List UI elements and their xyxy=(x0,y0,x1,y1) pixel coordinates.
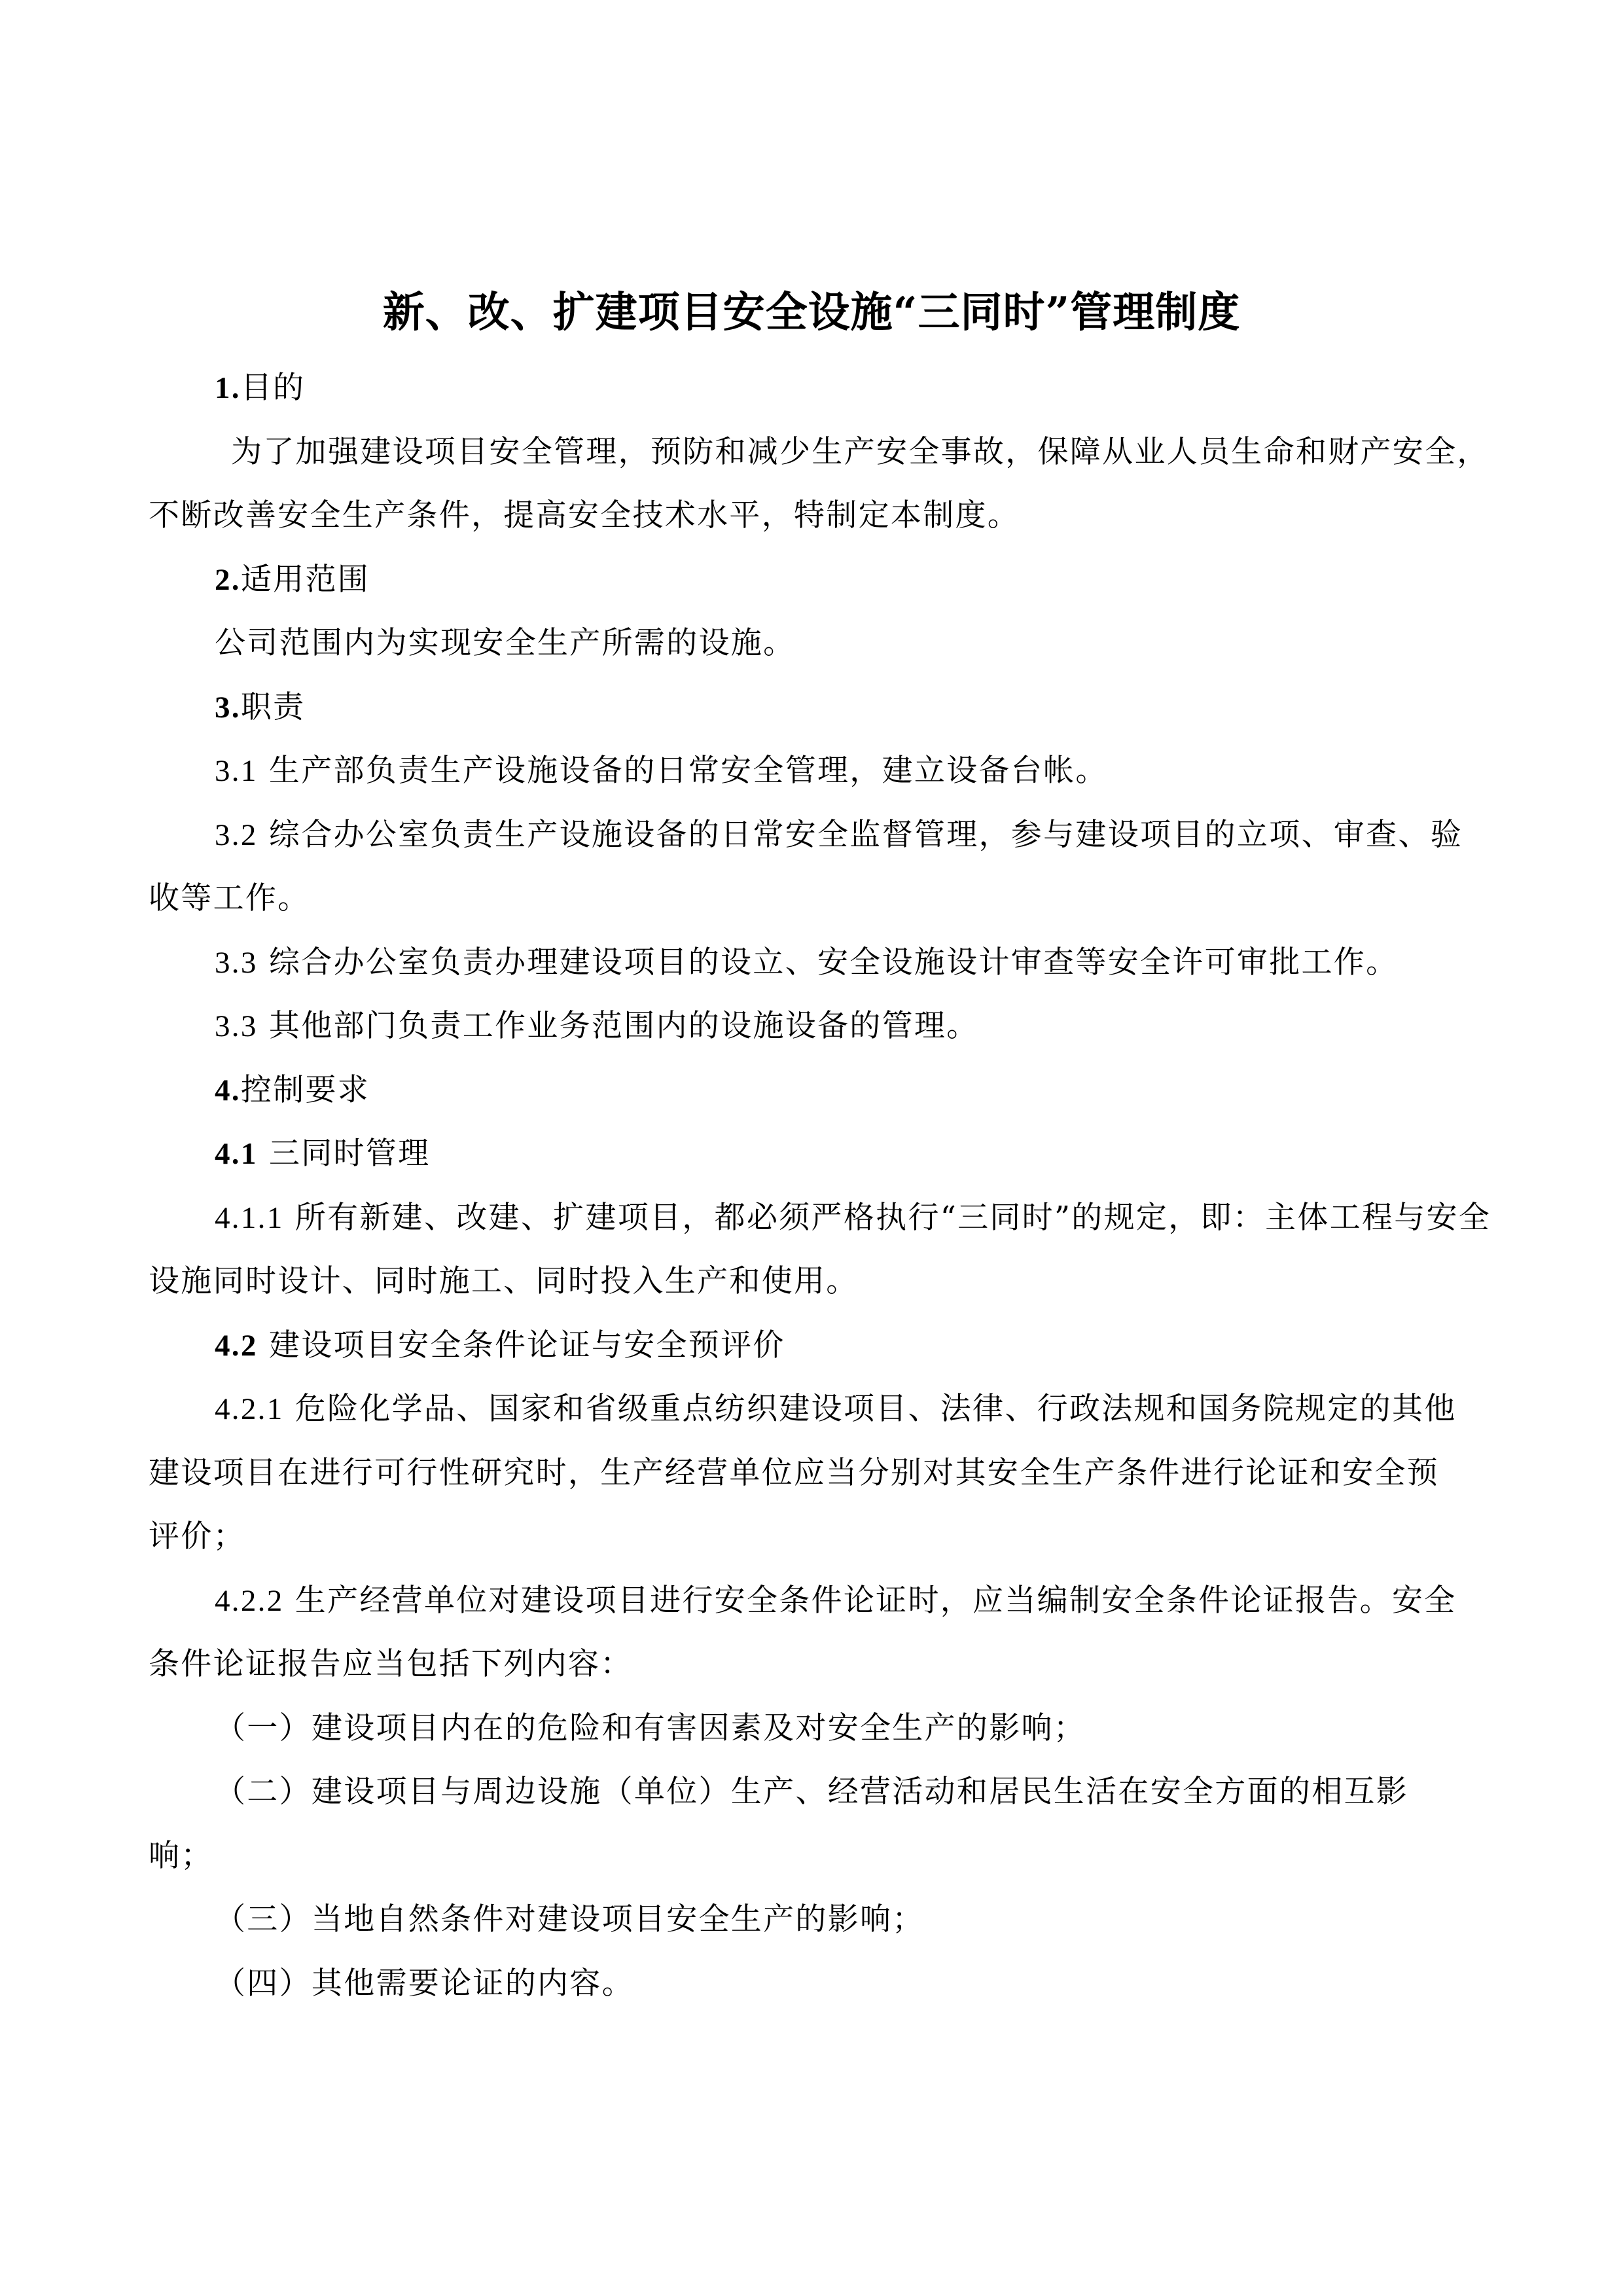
section-heading-text: 控制要求 xyxy=(241,1072,370,1108)
list-text: 当地自然条件对建设项目安全生产的影响； xyxy=(312,1901,925,1937)
clause-number: 3.3 xyxy=(215,1009,258,1043)
list-item-3: （三）当地自然条件对建设项目安全生产的影响； xyxy=(149,1888,1490,1952)
list-item-1: （一）建设项目内在的危险和有害因素及对安全生产的影响； xyxy=(149,1696,1490,1761)
section-number: 1. xyxy=(215,371,241,405)
document-page: 新、改、扩建项目安全设施“三同时”管理制度 1.目的 为了加强建设项目安全管理，… xyxy=(0,0,1623,2296)
section-number: 2. xyxy=(215,563,241,597)
clause-text: 生产经营单位对建设项目进行安全条件论证时，应当编制安全条件论证报告。安全 xyxy=(295,1583,1457,1619)
clause-number: 4.1.1 xyxy=(215,1201,284,1235)
section-heading-text: 适用范围 xyxy=(241,562,370,598)
section-heading-1: 1.目的 xyxy=(149,356,1490,420)
section-number: 3. xyxy=(215,691,241,725)
clause-3-3-other: 3.3 其他部门负责工作业务范围内的设施设备的管理。 xyxy=(149,994,1490,1058)
clause-number: 4.2.1 xyxy=(215,1392,284,1426)
clause-3-1: 3.1 生产部负责生产设施设备的日常安全管理，建立设备台帐。 xyxy=(149,739,1490,803)
paragraph-line: 评价； xyxy=(149,1505,1490,1569)
clause-number: 3.3 xyxy=(215,946,258,980)
clause-number: 3.1 xyxy=(215,754,258,788)
list-item-2: （二）建设项目与周边设施（单位）生产、经营活动和居民生活在安全方面的相互影 xyxy=(149,1760,1490,1824)
section-heading-3: 3.职责 xyxy=(149,675,1490,740)
section-number: 4. xyxy=(215,1073,241,1107)
paragraph-line: 设施同时设计、同时施工、同时投入生产和使用。 xyxy=(149,1249,1490,1314)
list-text: 其他需要论证的内容。 xyxy=(312,1965,634,2001)
paragraph-line: 建设项目在进行可行性研究时，生产经营单位应当分别对其安全生产条件进行论证和安全预 xyxy=(149,1441,1490,1505)
subsection-number: 4.2 xyxy=(215,1329,258,1363)
clause-text: 所有新建、改建、扩建项目，都必须严格执行“三同时”的规定，即：主体工程与安全 xyxy=(295,1200,1491,1236)
document-title: 新、改、扩建项目安全设施“三同时”管理制度 xyxy=(0,287,1623,339)
clause-4-2-2: 4.2.2 生产经营单位对建设项目进行安全条件论证时，应当编制安全条件论证报告。… xyxy=(149,1569,1490,1633)
clause-3-3: 3.3 综合办公室负责办理建设项目的设立、安全设施设计审查等安全许可审批工作。 xyxy=(149,931,1490,995)
paragraph-line: 为了加强建设项目安全管理，预防和减少生产安全事故，保障从业人员生命和财产安全， xyxy=(149,420,1490,484)
clause-number: 4.2.2 xyxy=(215,1584,284,1618)
clause-4-1-1: 4.1.1 所有新建、改建、扩建项目，都必须严格执行“三同时”的规定，即：主体工… xyxy=(149,1186,1490,1250)
clause-4-2-1: 4.2.1 危险化学品、国家和省级重点纺织建设项目、法律、行政法规和国务院规定的… xyxy=(149,1377,1490,1441)
clause-text: 危险化学品、国家和省级重点纺织建设项目、法律、行政法规和国务院规定的其他 xyxy=(295,1391,1457,1427)
clause-number: 3.2 xyxy=(215,818,258,852)
list-marker: （二） xyxy=(215,1774,312,1810)
clause-text: 其他部门负责工作业务范围内的设施设备的管理。 xyxy=(269,1008,979,1044)
subsection-heading-text: 建设项目安全条件论证与安全预评价 xyxy=(269,1327,785,1363)
subsection-heading-4-2: 4.2 建设项目安全条件论证与安全预评价 xyxy=(149,1314,1490,1378)
list-text: 建设项目内在的危险和有害因素及对安全生产的影响； xyxy=(312,1710,1086,1746)
section-heading-2: 2.适用范围 xyxy=(149,548,1490,612)
paragraph-line: 条件论证报告应当包括下列内容： xyxy=(149,1632,1490,1696)
paragraph-line: 响； xyxy=(149,1824,1490,1888)
paragraph-line: 不断改善安全生产条件，提高安全技术水平，特制定本制度。 xyxy=(149,484,1490,548)
clause-text: 综合办公室负责生产设施设备的日常安全监督管理，参与建设项目的立项、审查、验 xyxy=(269,817,1463,853)
subsection-heading-4-1: 4.1 三同时管理 xyxy=(149,1122,1490,1186)
paragraph-line: 公司范围内为实现安全生产所需的设施。 xyxy=(149,611,1490,675)
section-heading-text: 职责 xyxy=(241,689,306,725)
document-body: 1.目的 为了加强建设项目安全管理，预防和减少生产安全事故，保障从业人员生命和财… xyxy=(149,356,1490,2015)
clause-text: 综合办公室负责办理建设项目的设立、安全设施设计审查等安全许可审批工作。 xyxy=(269,944,1399,980)
paragraph-line: 收等工作。 xyxy=(149,867,1490,931)
subsection-heading-text: 三同时管理 xyxy=(269,1136,431,1172)
list-marker: （四） xyxy=(215,1965,312,2001)
section-heading-text: 目的 xyxy=(241,370,306,406)
list-text: 建设项目与周边设施（单位）生产、经营活动和居民生活在安全方面的相互影 xyxy=(312,1774,1408,1810)
section-heading-4: 4.控制要求 xyxy=(149,1058,1490,1122)
list-marker: （三） xyxy=(215,1901,312,1937)
list-item-4: （四）其他需要论证的内容。 xyxy=(149,1952,1490,2016)
list-marker: （一） xyxy=(215,1710,312,1746)
subsection-number: 4.1 xyxy=(215,1137,258,1171)
clause-3-2: 3.2 综合办公室负责生产设施设备的日常安全监督管理，参与建设项目的立项、审查、… xyxy=(149,803,1490,867)
clause-text: 生产部负责生产设施设备的日常安全管理，建立设备台帐。 xyxy=(269,753,1108,789)
